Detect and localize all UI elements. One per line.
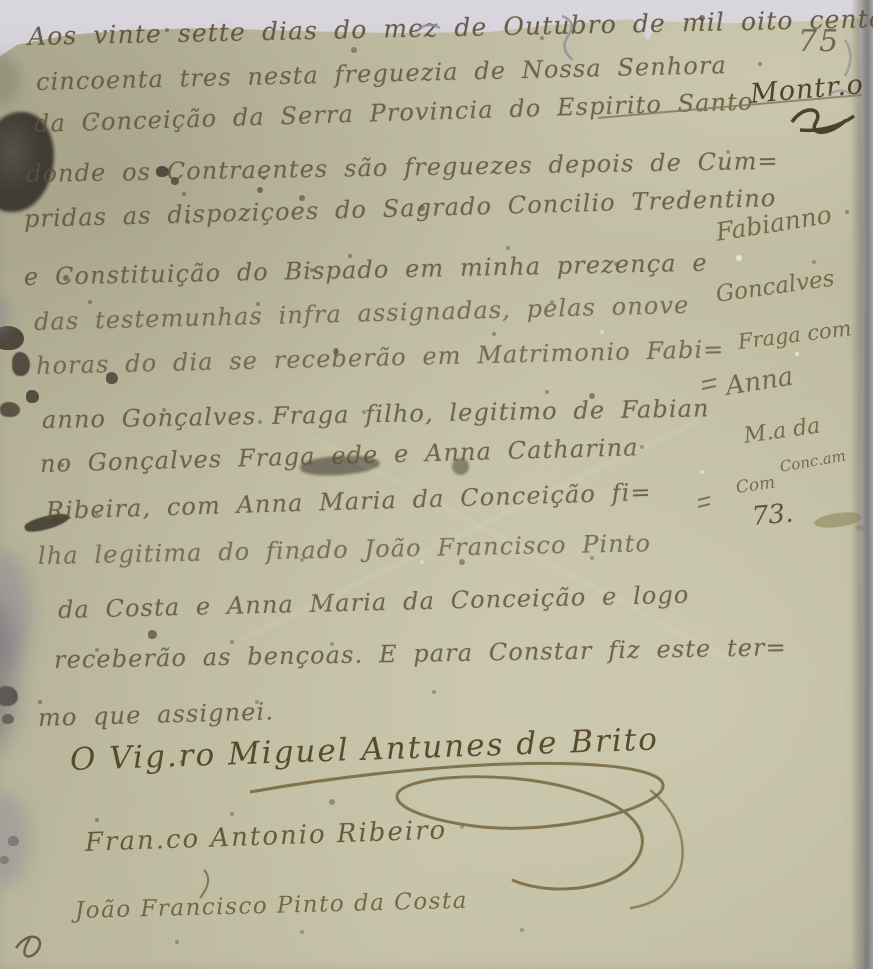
ink-blot <box>148 630 157 639</box>
page-number: 75 <box>798 24 840 59</box>
ink-blot <box>26 390 39 403</box>
paper-edge-shadow <box>851 0 873 969</box>
ink-blot <box>0 402 20 417</box>
ink-blot <box>12 352 30 376</box>
paper-flecks <box>0 0 4 4</box>
margin-note-number: 73. <box>751 498 795 531</box>
document-scan: Aos vinte sette dias do mez de Outubro d… <box>0 0 873 969</box>
